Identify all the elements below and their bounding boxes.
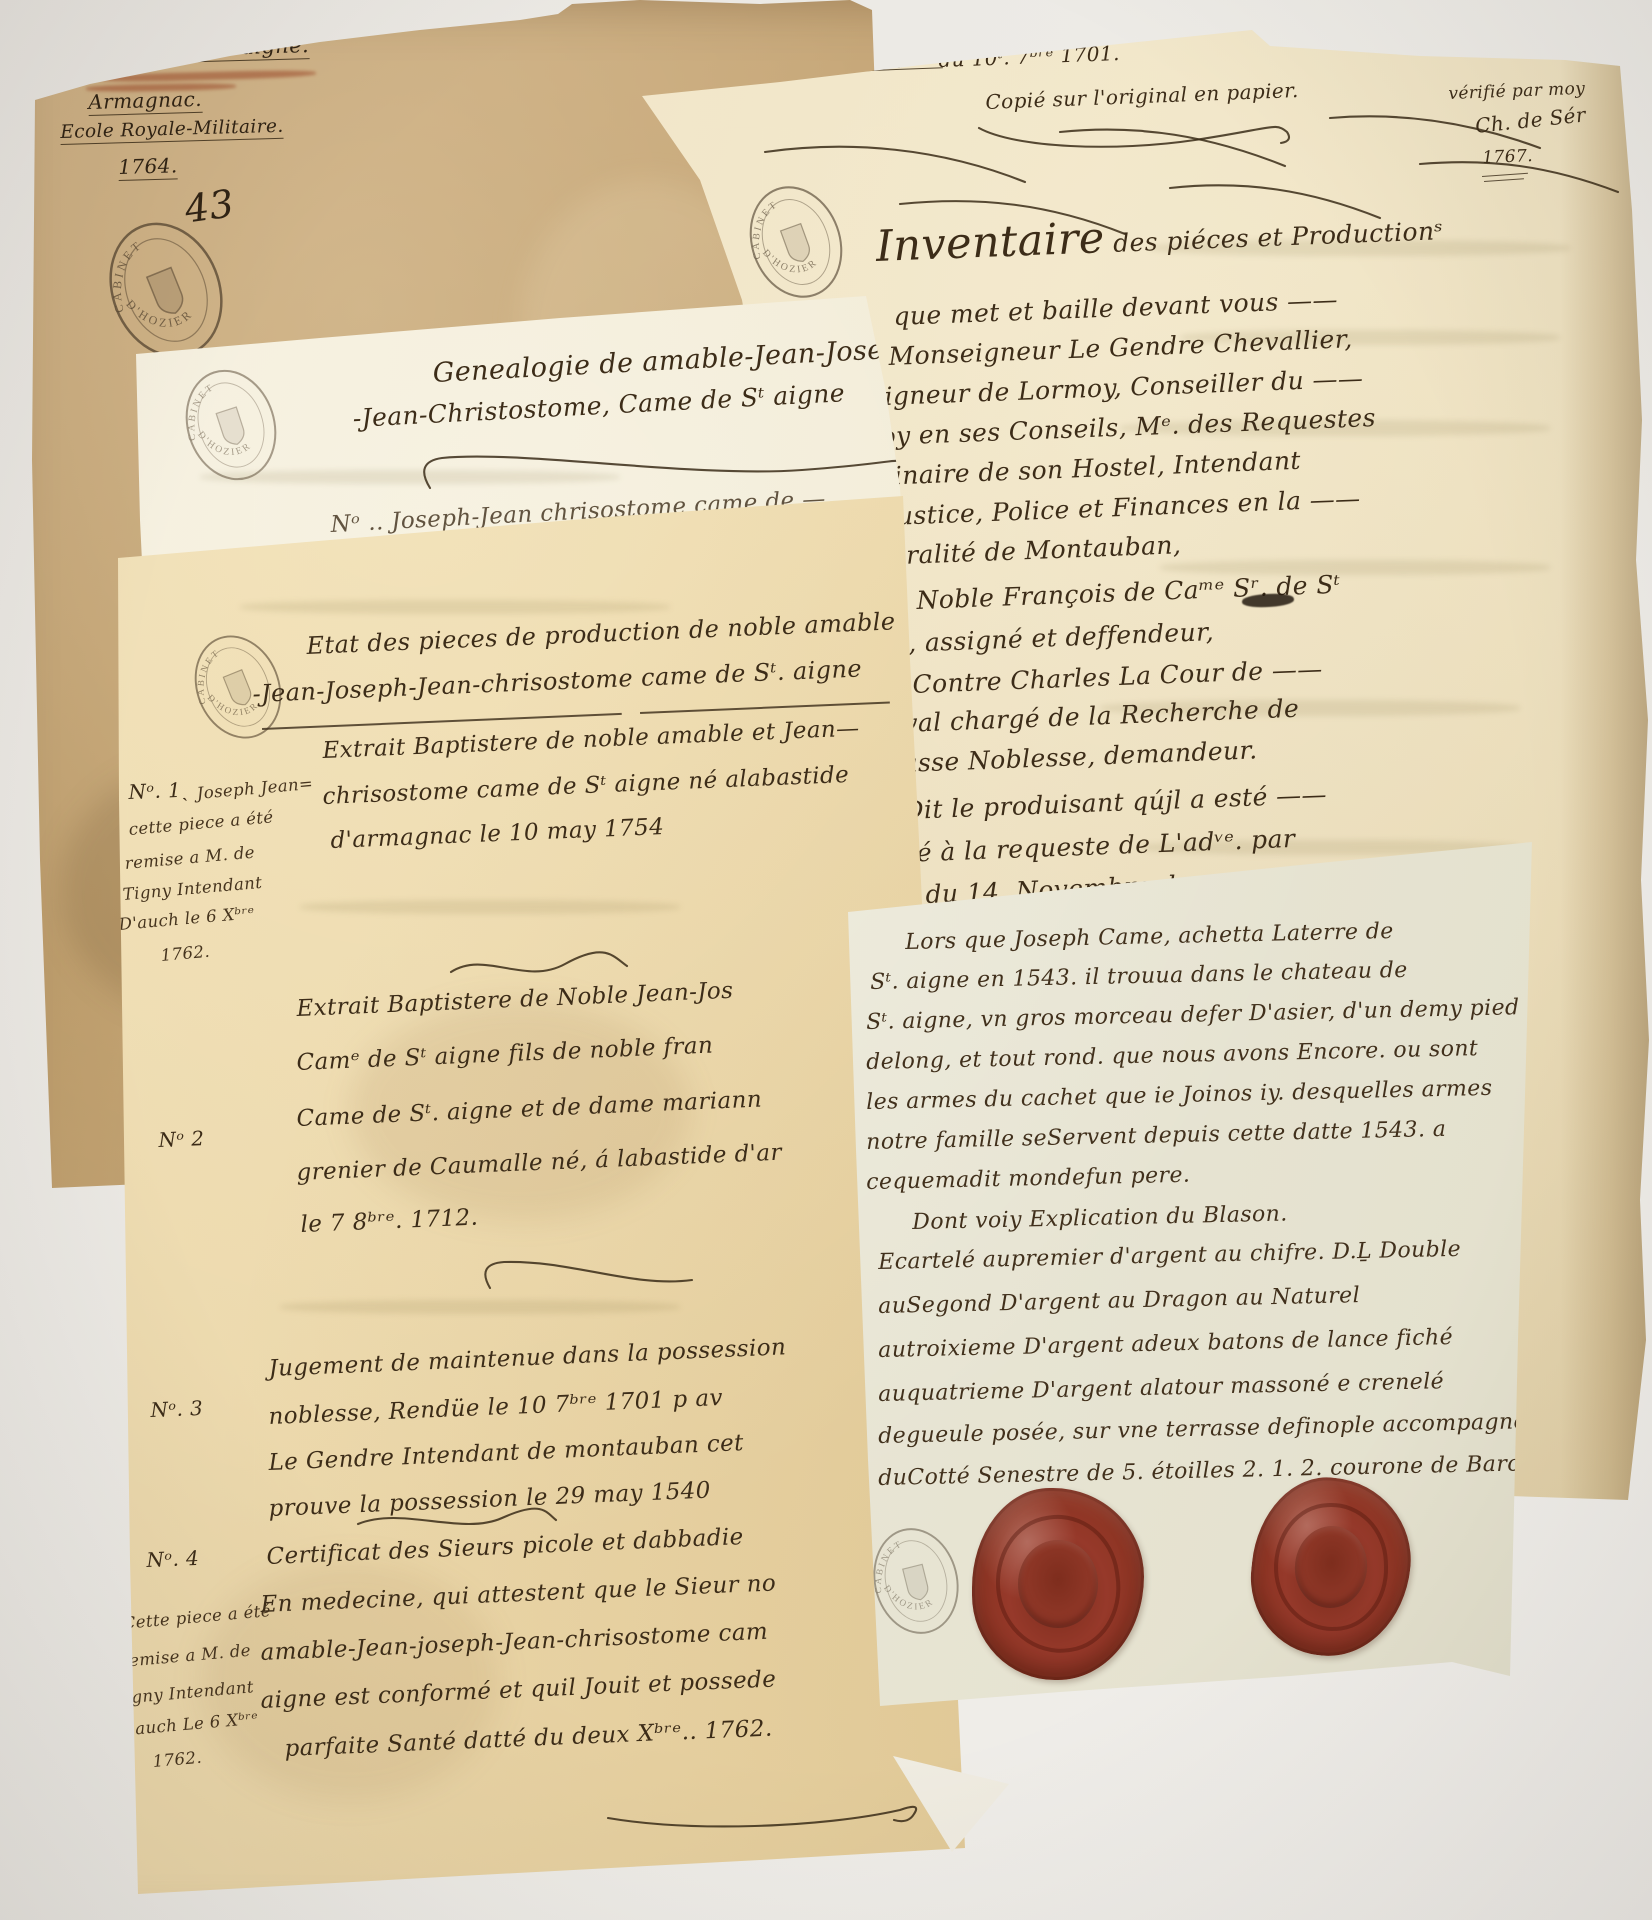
etat-line: Jugement de maintenue dans la possession [268, 1334, 787, 1382]
etat-line: parfaite Santé datté du deux Xᵇʳᵉ.. 1762… [284, 1716, 773, 1762]
entry-no: Nᵒ. 4 [146, 1546, 200, 1572]
etat-line: aigne est conformé et quil Jouit et poss… [260, 1666, 777, 1714]
etat-line: Le Gendre Intendant de montauban cet [268, 1430, 744, 1476]
etat-heading-2: -Jean-Joseph-Jean-chrisostome came de Sᵗ… [252, 654, 862, 708]
margin-note: Cette piece a été [122, 1601, 272, 1633]
inv-line: Contre Charles La Cour de —— [912, 654, 1323, 699]
margin-note: D'auch Le 6 Xᵇʳᵉ [116, 1709, 259, 1740]
inv-line: igné à la requeste de L'adᵛᵉ. par [875, 824, 1296, 869]
manuscript-photo: de Came - de Sᵗ aigne. Armagnac. Ecole R… [0, 0, 1652, 1920]
margin-note: cette piece a été [128, 807, 274, 839]
entry-no: Nᵒ. 1ˎ [128, 777, 189, 804]
margin-note: Joseph Jean= [196, 774, 314, 803]
etat-line: Came de Sᵗ. aigne et de dame mariann [296, 1086, 763, 1131]
margin-note: Tigny Intendant [122, 873, 263, 904]
inv-line: ruval chargé de la Recherche de [874, 694, 1300, 739]
blason-line: cequemadit mondefun pere. [866, 1163, 1191, 1195]
flourish [600, 1788, 950, 1836]
blason-line: Lors que Joseph Came, achetta Laterre de [905, 919, 1394, 955]
etat-line: noblesse, Rendüe le 10 7ᵇʳᵉ 1701 p av [268, 1385, 723, 1430]
blason-line: duCotté Senestre de 5. étoilles 2. 1. 2.… [878, 1451, 1543, 1491]
etat-heading-1: Etat des pieces de production de noble a… [306, 607, 896, 660]
etat-line: chrisostome came de Sᵗ aigne né alabasti… [322, 762, 850, 810]
etat-line: grenier de Caumalle né, á labastide d'ar [296, 1140, 782, 1186]
gen-heading-2: -Jean-Christostome, Came de Sᵗ aigne [352, 378, 846, 433]
cover-title: de Came - de Sᵗ aigne. [62, 33, 309, 66]
flourish [482, 1258, 702, 1302]
blason-line: Dont voiy Explication du Blason. [912, 1201, 1288, 1235]
flourish [445, 946, 635, 986]
blason-line: auSegond D'argent au Dragon au Naturel [878, 1283, 1360, 1319]
margin-note: remise a M. de [120, 1641, 252, 1671]
margin-note: 1762. [152, 1748, 203, 1771]
red-crayon-mark [98, 69, 316, 83]
cover-school: Ecole Royale-Militaire. [60, 116, 284, 145]
inv-line: que met et baille devant vous —— [893, 285, 1338, 331]
margin-note: D'auch le 6 Xᵇʳᵉ [118, 903, 255, 934]
margin-note: remise a M. de [124, 843, 256, 873]
inv-line: fausse Noblesse, demandeur. [876, 735, 1258, 779]
inv-line: Noble François de Caᵐᵉ Sʳ. de Sᵗ [916, 570, 1341, 615]
wax-seal-left [972, 1488, 1144, 1680]
blason-line: Sᵗ. aigne en 1543. il trouua dans le cha… [870, 958, 1408, 995]
inv-line: ne, assigné et deffendeur, [876, 617, 1215, 659]
blason-line: autroixieme D'argent adeux batons de lan… [878, 1325, 1453, 1363]
inv-line: dinaire de son Hostel, Intendant [877, 446, 1301, 491]
inv-line: néralité de Montauban, [874, 530, 1182, 571]
cabinet-dhozier-stamp-icon: CABINET D'HOZIER [154, 341, 309, 509]
etat-line: En medecine, qui attestent que le Sieur … [260, 1570, 777, 1618]
cover-region: Armagnac. [88, 87, 202, 116]
inv-line: igneur de Lormoy, Conseiller du —— [884, 364, 1364, 411]
blason-line: delong, et tout rond. que nous avons Enc… [866, 1036, 1478, 1075]
etat-line: Camᵉ de Sᵗ aigne fils de noble fran [296, 1033, 714, 1076]
blason-line: auquatrieme D'argent alatour massoné e c… [878, 1369, 1444, 1407]
inv-line: oy en ses Conseils, Mᵉ. des Requestes [880, 403, 1376, 451]
cover-year: 1764. [118, 153, 178, 181]
blason-line: notre famille seServent depuis cette dat… [866, 1117, 1447, 1155]
cabinet-dhozier-stamp-icon: CABINET D'HOZIER [162, 606, 315, 768]
blason-line: Sᵗ. aigne, vn gros morceau defer D'asier… [866, 995, 1520, 1035]
etat-line: le 7 8ᵇʳᵉ. 1712. [300, 1205, 479, 1238]
wax-seal-right [1243, 1470, 1419, 1664]
margin-note: tigny Intendant [118, 1677, 255, 1708]
margin-note: 1762. [160, 942, 211, 965]
etat-line: d'armagnac le 10 may 1754 [330, 814, 665, 854]
entry-no: Nᵒ 2 [158, 1126, 205, 1152]
blason-line: degueule posée, sur vne terrasse definop… [878, 1409, 1527, 1449]
blason-line: les armes du cachet que ie Joinos iy. de… [866, 1076, 1493, 1115]
inv-line: Dit le produisant qújl a esté —— [903, 780, 1327, 825]
entry-no: Nᵒ. 3 [150, 1396, 204, 1422]
etat-line: amable-Jean-joseph-Jean-chrisostome cam [260, 1619, 769, 1666]
swash-under-genealogie [412, 448, 922, 500]
inv-line: Justice, Police et Finances en la —— [886, 484, 1361, 531]
inv-header-date: du 10ᵗ. 7ᵇʳᵉ 1701. [938, 41, 1120, 72]
inv-line: Monseigneur Le Gendre Chevallier, [888, 324, 1353, 371]
blason-line: Ecartelé aupremier d'argent au chifre. D… [878, 1237, 1461, 1275]
